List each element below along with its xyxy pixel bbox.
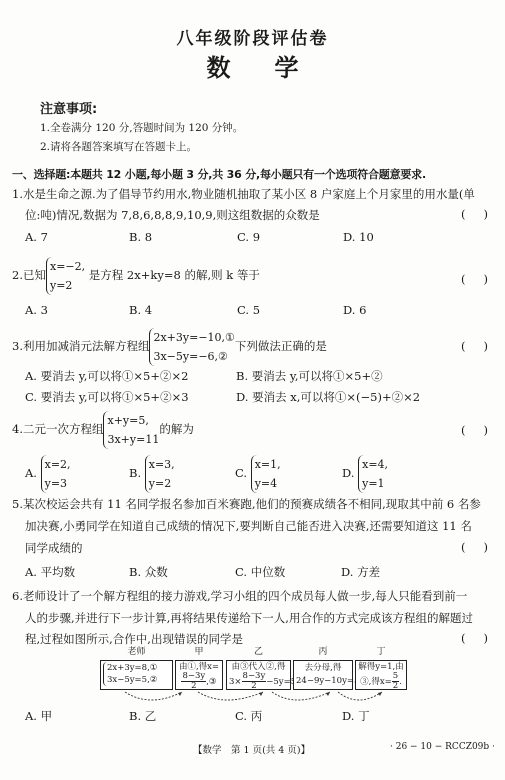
eq: y=3 — [45, 474, 71, 493]
q2-option-b: B. 4 — [129, 303, 152, 317]
eq: 3x−5y=5,② — [107, 674, 157, 686]
paren-right: ) — [484, 540, 489, 554]
option-label: B. — [129, 466, 141, 480]
q3-stem: 3.利用加减消元法解方程组2x+3y=−10,①3x−5y=−6,②下列做法正确… — [12, 328, 327, 366]
box-yi: 由③代入②,得 3×8−3y2−5y=5, — [226, 660, 291, 690]
paren-right: ) — [484, 423, 489, 437]
q5-answer-paren[interactable]: () — [452, 540, 497, 554]
eq: y=1 — [362, 474, 388, 493]
q4-eq2: 3x+y=11 — [107, 430, 159, 449]
label-bing: 丙 — [293, 644, 353, 657]
eq: x=3, — [149, 455, 175, 474]
fraction: 8−3y2 — [181, 672, 206, 691]
option-system: x=2,y=3 — [41, 455, 71, 493]
q3-answer-paren[interactable]: () — [452, 339, 497, 353]
q2-answer-paren[interactable]: () — [452, 272, 497, 286]
section-heading: 一、选择题:本题共 12 小题,每小题 3 分,共 36 分,每小题只有一个选项… — [12, 166, 426, 182]
q1-option-a: A. 7 — [25, 230, 48, 244]
paren-left: ( — [461, 339, 466, 353]
subject-char-1: 数 — [207, 54, 231, 82]
q2-prefix: 2.已知 — [12, 268, 46, 282]
step-text: 24−9y−10y=5, — [296, 675, 350, 688]
box-bing: 去分母,得 24−9y−10y=5, — [293, 660, 353, 690]
q5-option-c: C. 中位数 — [235, 564, 285, 580]
paren-left: ( — [461, 540, 466, 554]
q6-option-c: C. 丙 — [235, 708, 262, 724]
label-yi: 乙 — [226, 644, 291, 657]
option-label: D. — [342, 466, 354, 480]
label-jia: 甲 — [175, 644, 223, 657]
eq: 2x+3y=8,① — [107, 662, 157, 674]
q5-option-a: A. 平均数 — [25, 564, 75, 580]
paren-right: ) — [484, 631, 489, 645]
q3-option-a: A. 要消去 y,可以将①×5+②×2 — [25, 368, 188, 384]
subject-char-2: 学 — [275, 54, 299, 82]
paren-right: ) — [484, 272, 489, 286]
q2-stem: 2.已知x=−2,y=2 是方程 2x+ky=8 的解,则 k 等于 — [12, 257, 260, 295]
box-ding: 解得y=1,由 ③,得x=52. — [355, 660, 407, 690]
subject-title: 数学 — [0, 48, 505, 83]
q4-option-c: C. x=1,y=4 — [235, 455, 281, 493]
q5-option-b: B. 众数 — [129, 564, 168, 580]
q6-line1: 6.老师设计了一个解方程组的接力游戏,学习小组的四个成员每人做一步,每人只能看到… — [12, 588, 467, 604]
q3-option-d: D. 要消去 x,可以将①×(−5)+②×2 — [236, 389, 420, 405]
paren-left: ( — [461, 272, 466, 286]
notice-heading: 注意事项: — [40, 98, 97, 117]
q4-option-d: D. x=4,y=1 — [342, 455, 388, 493]
label-teacher: 老师 — [100, 644, 173, 657]
eq: x=4, — [362, 455, 388, 474]
option-system: x=3,y=2 — [145, 455, 175, 493]
option-system: x=4,y=1 — [358, 455, 388, 493]
paper-code: · 26 − 10 − RCCZ09b · — [390, 742, 495, 752]
notice-item-2: 2.请将各题答案填写在答题卡上。 — [40, 139, 197, 154]
q2-option-c: C. 5 — [237, 303, 260, 317]
q1-option-b: B. 8 — [129, 230, 152, 244]
q2-option-a: A. 3 — [25, 303, 48, 317]
q3-eq2: 3x−5y=−6,② — [153, 347, 234, 366]
q4-system: x+y=5,3x+y=11 — [103, 411, 159, 449]
q4-prefix: 4.二元一次方程组 — [12, 422, 103, 436]
step-tail: ,③ — [206, 677, 216, 687]
q5-option-d: D. 方差 — [341, 564, 380, 580]
q3-eq1: 2x+3y=−10,① — [153, 328, 234, 347]
q2-suffix: 是方程 2x+ky=8 的解,则 k 等于 — [89, 268, 260, 282]
q3-option-b: B. 要消去 y,可以将①×5+② — [236, 368, 383, 384]
q4-option-b: B. x=3,y=2 — [129, 455, 175, 493]
q5-line3: 同学成绩的 — [25, 540, 83, 556]
q6-line2: 人的步骤,并进行下一步计算,再将结果传递给下一人,用合作的方式完成该方程组的解题… — [25, 610, 473, 626]
q5-line1: 5.某次校运会共有 11 名同学报名参加百米赛跑,他们的预赛成绩各不相同,现取其… — [12, 496, 481, 512]
paren-right: ) — [484, 339, 489, 353]
q1-line2: 位:吨)情况,数据为 7,8,6,8,8,9,10,9,则这组数据的众数是 — [25, 207, 320, 223]
q3-option-c: C. 要消去 y,可以将①×5+②×3 — [25, 389, 189, 405]
fraction: 8−3y2 — [242, 672, 267, 691]
paren-left: ( — [461, 631, 466, 645]
q3-suffix: 下列做法正确的是 — [235, 339, 327, 353]
teacher-system: 2x+3y=8,①3x−5y=5,② — [103, 662, 157, 686]
q3-system: 2x+3y=−10,①3x−5y=−6,② — [149, 328, 234, 366]
step-tail: . — [399, 677, 402, 687]
relay-diagram: 老师 甲 乙 丙 丁 2x+3y=8,①3x−5y=5,② 由①,得x= 8−3… — [100, 644, 410, 714]
eq: y=4 — [255, 474, 281, 493]
q4-stem: 4.二元一次方程组x+y=5,3x+y=11的解为 — [12, 411, 194, 449]
q6-answer-paren[interactable]: () — [452, 631, 497, 645]
eq: x=2, — [45, 455, 71, 474]
label-ding: 丁 — [355, 644, 407, 657]
q3-prefix: 3.利用加减消元法解方程组 — [12, 339, 149, 353]
option-label: A. — [25, 466, 37, 480]
q6-option-a: A. 甲 — [25, 708, 52, 724]
notice-item-1: 1.全卷满分 120 分,答题时间为 120 分钟。 — [40, 120, 243, 135]
q2-eq1: x=−2, — [50, 257, 85, 276]
q2-eq2: y=2 — [50, 276, 85, 295]
box-jia: 由①,得x= 8−3y2,③ — [175, 660, 223, 690]
q4-answer-paren[interactable]: () — [452, 423, 497, 437]
paren-left: ( — [461, 207, 466, 221]
option-system: x=1,y=4 — [251, 455, 281, 493]
eq: x=1, — [255, 455, 281, 474]
q6-option-b: B. 乙 — [129, 708, 156, 724]
q1-line1: 1.水是生命之源.为了倡导节约用水,物业随机抽取了某小区 8 户家庭上个月家里的… — [12, 186, 475, 202]
q2-system: x=−2,y=2 — [46, 257, 85, 295]
paren-left: ( — [461, 423, 466, 437]
step-text: 去分母,得 — [296, 662, 350, 675]
q5-line2: 加决赛,小勇同学在知道自己成绩的情况下,要判断自己能否进入决赛,还需要知道这 1… — [25, 518, 472, 534]
q4-suffix: 的解为 — [159, 422, 194, 436]
option-label: C. — [235, 466, 247, 480]
q1-option-d: D. 10 — [343, 230, 374, 244]
q4-option-a: A. x=2,y=3 — [25, 455, 71, 493]
paren-right: ) — [484, 207, 489, 221]
page-footer: 【数学 第 1 页(共 4 页)】 — [193, 742, 310, 756]
eq: y=2 — [149, 474, 175, 493]
box-teacher: 2x+3y=8,①3x−5y=5,② — [100, 660, 173, 690]
q2-option-d: D. 6 — [343, 303, 366, 317]
q6-option-d: D. 丁 — [342, 708, 370, 724]
q1-option-c: C. 9 — [237, 230, 260, 244]
step-text: ③,得x= — [360, 677, 392, 687]
q4-eq1: x+y=5, — [107, 411, 159, 430]
exam-title: 八年级阶段评估卷 — [0, 24, 505, 49]
q1-answer-paren[interactable]: () — [452, 207, 497, 221]
step-pre: 3× — [229, 677, 242, 687]
